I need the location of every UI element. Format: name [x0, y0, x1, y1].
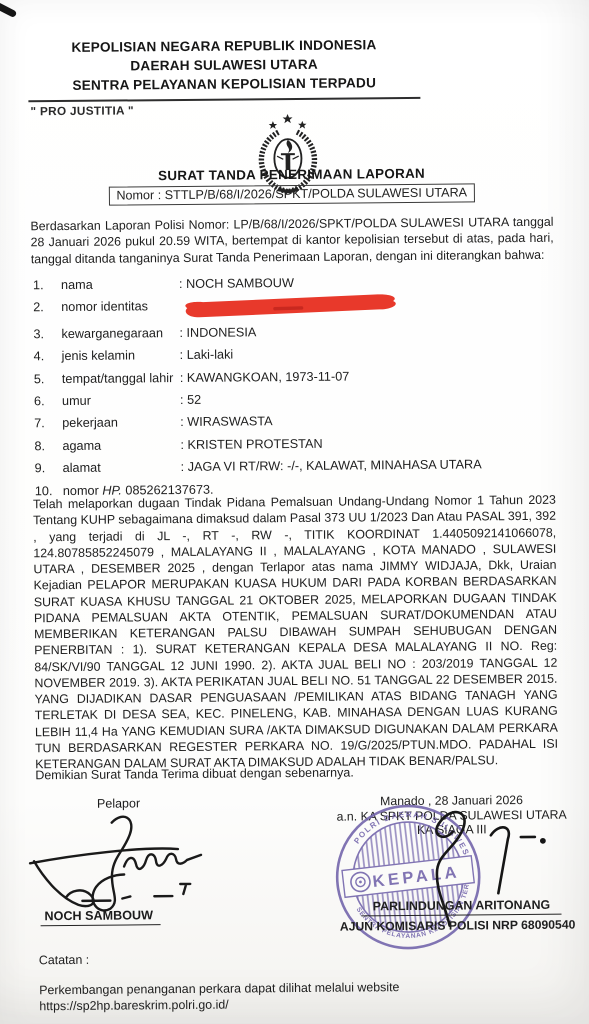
field-row-umur: 6. umur : 52 — [34, 390, 548, 408]
field-row-nomor-identitas: 2. nomor identitas — [33, 296, 547, 318]
note-section: Catatan : Perkembangan penanganan perkar… — [39, 949, 400, 1015]
note-label: Catatan : — [39, 949, 399, 968]
reporter-signature — [26, 812, 222, 922]
scan-corner-mark — [0, 2, 18, 20]
officer-name: PARLINDUNGAN ARITONANG — [361, 898, 561, 917]
field-row-agama: 8. agama : KRISTEN PROTESTAN — [34, 435, 548, 453]
intro-paragraph: Berdasarkan Laporan Polisi Nomor: LP/B/6… — [30, 214, 553, 268]
report-body-paragraph: Telah melaporkan dugaan Tindak Pidana Pe… — [33, 492, 558, 773]
closing-line: Demikian Surat Tanda Terima dibuat denga… — [35, 765, 354, 782]
reporter-role-label: Pelapor — [29, 796, 207, 812]
signature-block-reporter: Pelapor NOCH SAMBOUW — [37, 796, 207, 811]
field-row-alamat: 9. alamat : JAGA VI RT/RW: -/-, KALAWAT,… — [35, 457, 549, 475]
redaction-mark — [179, 293, 403, 320]
letterhead-line1: KEPOLISIAN NEGARA REPUBLIK INDONESIA — [28, 35, 420, 57]
field-row-nama: 1. nama : NOCH SAMBOUW — [33, 274, 547, 292]
field-row-kewarganegaraan: 3. kewarganegaraan : INDONESIA — [33, 323, 547, 341]
pro-justitia-motto: " PRO JUSTITIA " — [30, 103, 134, 118]
officer-rank: AJUN KOMISARIS POLISI NRP 68090540 — [340, 918, 576, 934]
document-number: Nomor : STTLP/B/68/I/2026/SPKT/POLDA SUL… — [108, 183, 475, 205]
field-row-jenis-kelamin: 4. jenis kelamin : Laki-laki — [34, 345, 548, 363]
note-url: https://sp2hp.bareskrim.polri.go.id/ — [39, 995, 399, 1014]
letterhead-line3: SENTRA PELAYANAN KEPOLISIAN TERPADU — [28, 73, 420, 95]
field-row-ttl: 5. tempat/tanggal lahir : KAWANGKOAN, 19… — [34, 367, 548, 385]
document-content: KEPOLISIAN NEGARA REPUBLIK INDONESIA DAE… — [0, 0, 589, 1024]
reporter-name: NOCH SAMBOUW — [40, 908, 161, 926]
reporter-fields: 1. nama : NOCH SAMBOUW 2. nomor identita… — [33, 274, 549, 506]
document-title: SURAT TANDA PENERIMAAN LAPORAN — [0, 164, 586, 184]
document-page: KEPOLISIAN NEGARA REPUBLIK INDONESIA DAE… — [0, 0, 589, 1024]
field-row-pekerjaan: 7. pekerjaan : WIRASWASTA — [34, 412, 548, 430]
letterhead: KEPOLISIAN NEGARA REPUBLIK INDONESIA DAE… — [28, 35, 421, 103]
signature-block-officer: Manado , 28 Januari 2026 a.n. KA SPKT PO… — [330, 793, 572, 838]
